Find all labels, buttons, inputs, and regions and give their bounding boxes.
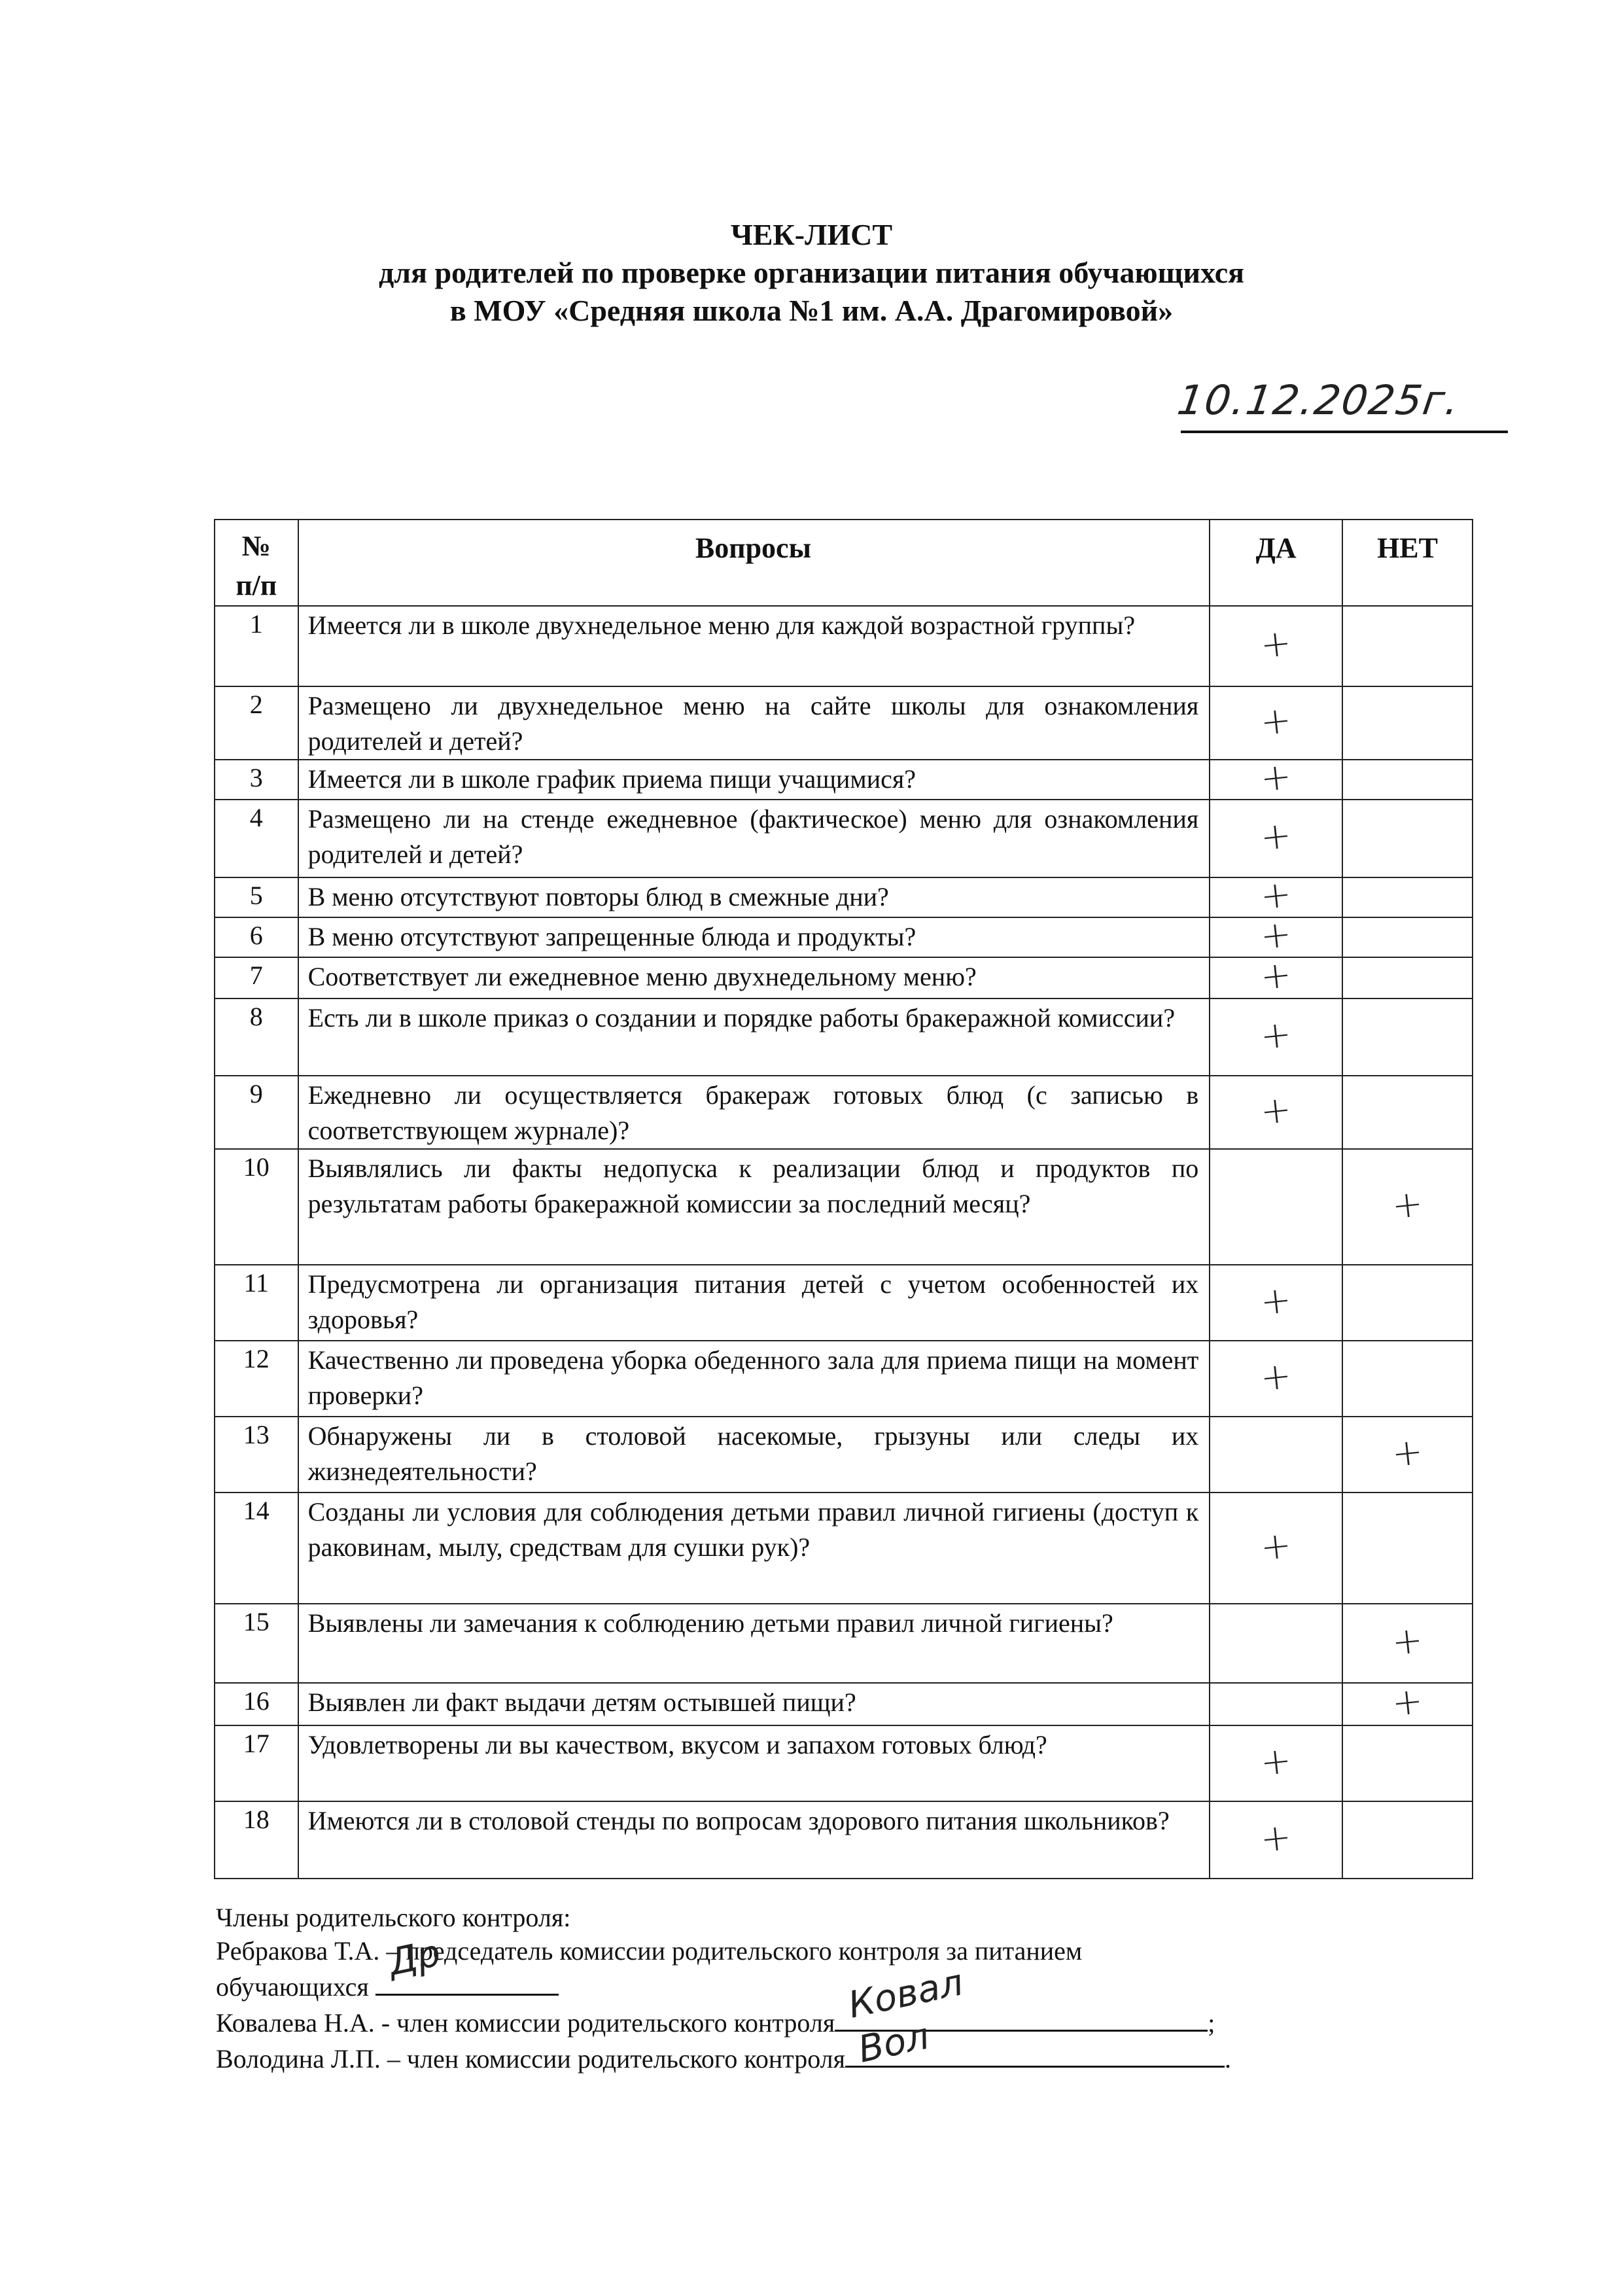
table-row: 3Имеется ли в школе график приема пищи у… — [215, 760, 1473, 800]
member-2-line: Ковалева Н.А. - член комиссии родительск… — [216, 2004, 1459, 2040]
row-question: Созданы ли условия для соблюдения детьми… — [298, 1492, 1210, 1604]
table-row: 9Ежедневно ли осуществляется бракераж го… — [215, 1076, 1473, 1149]
checkmark-plus-icon: + — [1259, 1527, 1293, 1566]
row-no-cell[interactable]: + — [1342, 1604, 1473, 1683]
table-row: 4Размещено ли на стенде ежедневное (факт… — [215, 800, 1473, 877]
row-yes-cell[interactable] — [1210, 1149, 1342, 1265]
row-question: Имеется ли в школе двухнедельное меню дл… — [298, 606, 1210, 686]
row-yes-cell[interactable]: + — [1210, 1801, 1342, 1879]
row-number: 4 — [215, 800, 298, 877]
table-row: 1Имеется ли в школе двухнедельное меню д… — [215, 606, 1473, 686]
row-question: В меню отсутствуют запрещенные блюда и п… — [298, 917, 1210, 957]
checkmark-plus-icon: + — [1259, 877, 1293, 915]
row-yes-cell[interactable]: + — [1210, 957, 1342, 998]
row-number: 1 — [215, 606, 298, 686]
row-no-cell[interactable] — [1342, 1076, 1473, 1149]
row-no-cell[interactable] — [1342, 917, 1473, 957]
row-yes-cell[interactable]: + — [1210, 917, 1342, 957]
checklist-table: № п/п Вопросы ДА НЕТ 1Имеется ли в школе… — [214, 519, 1473, 1879]
member-1-line2: обучающихся Др — [216, 1968, 1459, 2004]
row-question: Имеется ли в школе график приема пищи уч… — [298, 760, 1210, 800]
member-3-role: Володина Л.П. – член комиссии родительск… — [216, 2044, 845, 2074]
row-question: Предусмотрена ли организация питания дет… — [298, 1265, 1210, 1341]
row-number: 6 — [215, 917, 298, 957]
row-number: 14 — [215, 1492, 298, 1604]
row-question: Ежедневно ли осуществляется бракераж гот… — [298, 1076, 1210, 1149]
row-number: 10 — [215, 1149, 298, 1265]
table-row: 7Соответствует ли ежедневное меню двухне… — [215, 957, 1473, 998]
row-number: 7 — [215, 957, 298, 998]
row-number: 11 — [215, 1265, 298, 1341]
row-number: 9 — [215, 1076, 298, 1149]
row-yes-cell[interactable]: + — [1210, 1492, 1342, 1604]
row-yes-cell[interactable]: + — [1210, 1725, 1342, 1801]
member-3-line: Володина Л.П. – член комиссии родительск… — [216, 2040, 1459, 2075]
row-yes-cell[interactable] — [1210, 1683, 1342, 1725]
checkmark-plus-icon: + — [1259, 917, 1293, 955]
table-row: 17Удовлетворены ли вы качеством, вкусом … — [215, 1725, 1473, 1801]
row-no-cell[interactable] — [1342, 686, 1473, 760]
signature-field-1[interactable]: Др — [375, 1968, 559, 1996]
table-row: 18Имеются ли в столовой стенды по вопрос… — [215, 1801, 1473, 1879]
row-no-cell[interactable] — [1342, 1341, 1473, 1417]
table-header-row: № п/п Вопросы ДА НЕТ — [215, 520, 1473, 606]
checkmark-plus-icon: + — [1259, 626, 1293, 664]
row-no-cell[interactable] — [1342, 1265, 1473, 1341]
row-no-cell[interactable] — [1342, 957, 1473, 998]
row-number: 16 — [215, 1683, 298, 1725]
table-row: 8Есть ли в школе приказ о создании и пор… — [215, 998, 1473, 1076]
row-number: 15 — [215, 1604, 298, 1683]
row-number: 5 — [215, 877, 298, 917]
row-question: Удовлетворены ли вы качеством, вкусом и … — [298, 1725, 1210, 1801]
table-row: 2Размещено ли двухнедельное меню на сайт… — [215, 686, 1473, 760]
members-heading: Члены родительского контроля: — [216, 1901, 1459, 1934]
row-yes-cell[interactable] — [1210, 1604, 1342, 1683]
row-question: Выявлен ли факт выдачи детям остывшей пи… — [298, 1683, 1210, 1725]
member-3-end: . — [1225, 2044, 1231, 2074]
row-question: Качественно ли проведена уборка обеденно… — [298, 1341, 1210, 1417]
checkmark-plus-icon: + — [1259, 702, 1293, 741]
row-no-cell[interactable] — [1342, 800, 1473, 877]
table-row: 16Выявлен ли факт выдачи детям остывшей … — [215, 1683, 1473, 1725]
table-row: 15Выявлены ли замечания к соблюдению дет… — [215, 1604, 1473, 1683]
table-row: 5В меню отсутствуют повторы блюд в смежн… — [215, 877, 1473, 917]
checkmark-plus-icon: + — [1390, 1684, 1424, 1722]
row-question: Имеются ли в столовой стенды по вопросам… — [298, 1801, 1210, 1879]
doc-subtitle-line2: в МОУ «Средняя школа №1 им. А.А. Драгоми… — [0, 292, 1623, 330]
checkmark-plus-icon: + — [1259, 1358, 1293, 1396]
member-2-end: ; — [1208, 2008, 1215, 2038]
row-yes-cell[interactable]: + — [1210, 1076, 1342, 1149]
row-no-cell[interactable] — [1342, 998, 1473, 1076]
checkmark-plus-icon: + — [1259, 759, 1293, 798]
row-yes-cell[interactable]: + — [1210, 760, 1342, 800]
row-no-cell[interactable]: + — [1342, 1149, 1473, 1265]
signature-1: Др — [385, 1936, 443, 1979]
row-number: 8 — [215, 998, 298, 1076]
table-row: 11Предусмотрена ли организация питания д… — [215, 1265, 1473, 1341]
row-no-cell[interactable] — [1342, 1492, 1473, 1604]
date-underline — [1181, 431, 1508, 433]
row-no-cell[interactable] — [1342, 1725, 1473, 1801]
signature-3: Вол — [856, 2019, 932, 2066]
row-number: 18 — [215, 1801, 298, 1879]
row-question: Размещено ли на стенде ежедневное (факти… — [298, 800, 1210, 877]
row-yes-cell[interactable]: + — [1210, 998, 1342, 1076]
table-row: 10Выявлялись ли факты недопуска к реализ… — [215, 1149, 1473, 1265]
signature-field-3[interactable]: Вол — [845, 2040, 1225, 2068]
row-yes-cell[interactable]: + — [1210, 686, 1342, 760]
row-question: Размещено ли двухнедельное меню на сайте… — [298, 686, 1210, 760]
row-number: 3 — [215, 760, 298, 800]
table-row: 12Качественно ли проведена уборка обеден… — [215, 1341, 1473, 1417]
col-header-yes: ДА — [1210, 520, 1342, 606]
row-question: Выявлены ли замечания к соблюдению детьм… — [298, 1604, 1210, 1683]
handwritten-date: 10.12.2025г. — [1174, 376, 1508, 429]
row-yes-cell[interactable]: + — [1210, 877, 1342, 917]
checkmark-plus-icon: + — [1259, 1819, 1293, 1858]
table-row: 14Созданы ли условия для соблюдения деть… — [215, 1492, 1473, 1604]
doc-title: ЧЕК-ЛИСТ — [0, 216, 1623, 254]
row-yes-cell[interactable]: + — [1210, 800, 1342, 877]
row-question: Соответствует ли ежедневное меню двухнед… — [298, 957, 1210, 998]
checkmark-plus-icon: + — [1259, 1016, 1293, 1055]
table-row: 6В меню отсутствуют запрещенные блюда и … — [215, 917, 1473, 957]
row-yes-cell[interactable]: + — [1210, 1341, 1342, 1417]
signatures-block: Члены родительского контроля: Ребракова … — [216, 1901, 1459, 2075]
row-question: Есть ли в школе приказ о создании и поря… — [298, 998, 1210, 1076]
checkmark-plus-icon: + — [1259, 957, 1293, 996]
row-no-cell[interactable]: + — [1342, 1683, 1473, 1725]
checkmark-plus-icon: + — [1259, 1742, 1293, 1781]
row-no-cell[interactable]: + — [1342, 1417, 1473, 1492]
doc-subtitle-line1: для родителей по проверке организации пи… — [0, 254, 1623, 292]
row-number: 12 — [215, 1341, 298, 1417]
checkmark-plus-icon: + — [1390, 1186, 1424, 1225]
row-yes-cell[interactable]: + — [1210, 606, 1342, 686]
member-2-role: Ковалева Н.А. - член комиссии родительск… — [216, 2008, 835, 2038]
col-header-number-sign: № — [242, 530, 271, 562]
row-question: Обнаружены ли в столовой насекомые, грыз… — [298, 1417, 1210, 1492]
row-no-cell[interactable] — [1342, 760, 1473, 800]
row-no-cell[interactable] — [1342, 877, 1473, 917]
checkmark-plus-icon: + — [1390, 1623, 1424, 1661]
col-header-question: Вопросы — [298, 520, 1210, 606]
row-number: 17 — [215, 1725, 298, 1801]
col-header-number-pp: п/п — [236, 569, 277, 601]
row-number: 2 — [215, 686, 298, 760]
checkmark-plus-icon: + — [1259, 1282, 1293, 1320]
checkmark-plus-icon: + — [1259, 1091, 1293, 1130]
checkmark-plus-icon: + — [1390, 1434, 1424, 1472]
col-header-number: № п/п — [215, 520, 298, 606]
row-question: Выявлялись ли факты недопуска к реализац… — [298, 1149, 1210, 1265]
row-yes-cell[interactable]: + — [1210, 1265, 1342, 1341]
checkmark-plus-icon: + — [1259, 818, 1293, 857]
row-no-cell[interactable] — [1342, 1801, 1473, 1879]
col-header-no: НЕТ — [1342, 520, 1473, 606]
row-number: 13 — [215, 1417, 298, 1492]
member-1-role-cont: обучающихся — [216, 1972, 369, 2002]
row-question: В меню отсутствуют повторы блюд в смежны… — [298, 877, 1210, 917]
table-row: 13Обнаружены ли в столовой насекомые, гр… — [215, 1417, 1473, 1492]
row-yes-cell[interactable] — [1210, 1417, 1342, 1492]
row-no-cell[interactable] — [1342, 606, 1473, 686]
